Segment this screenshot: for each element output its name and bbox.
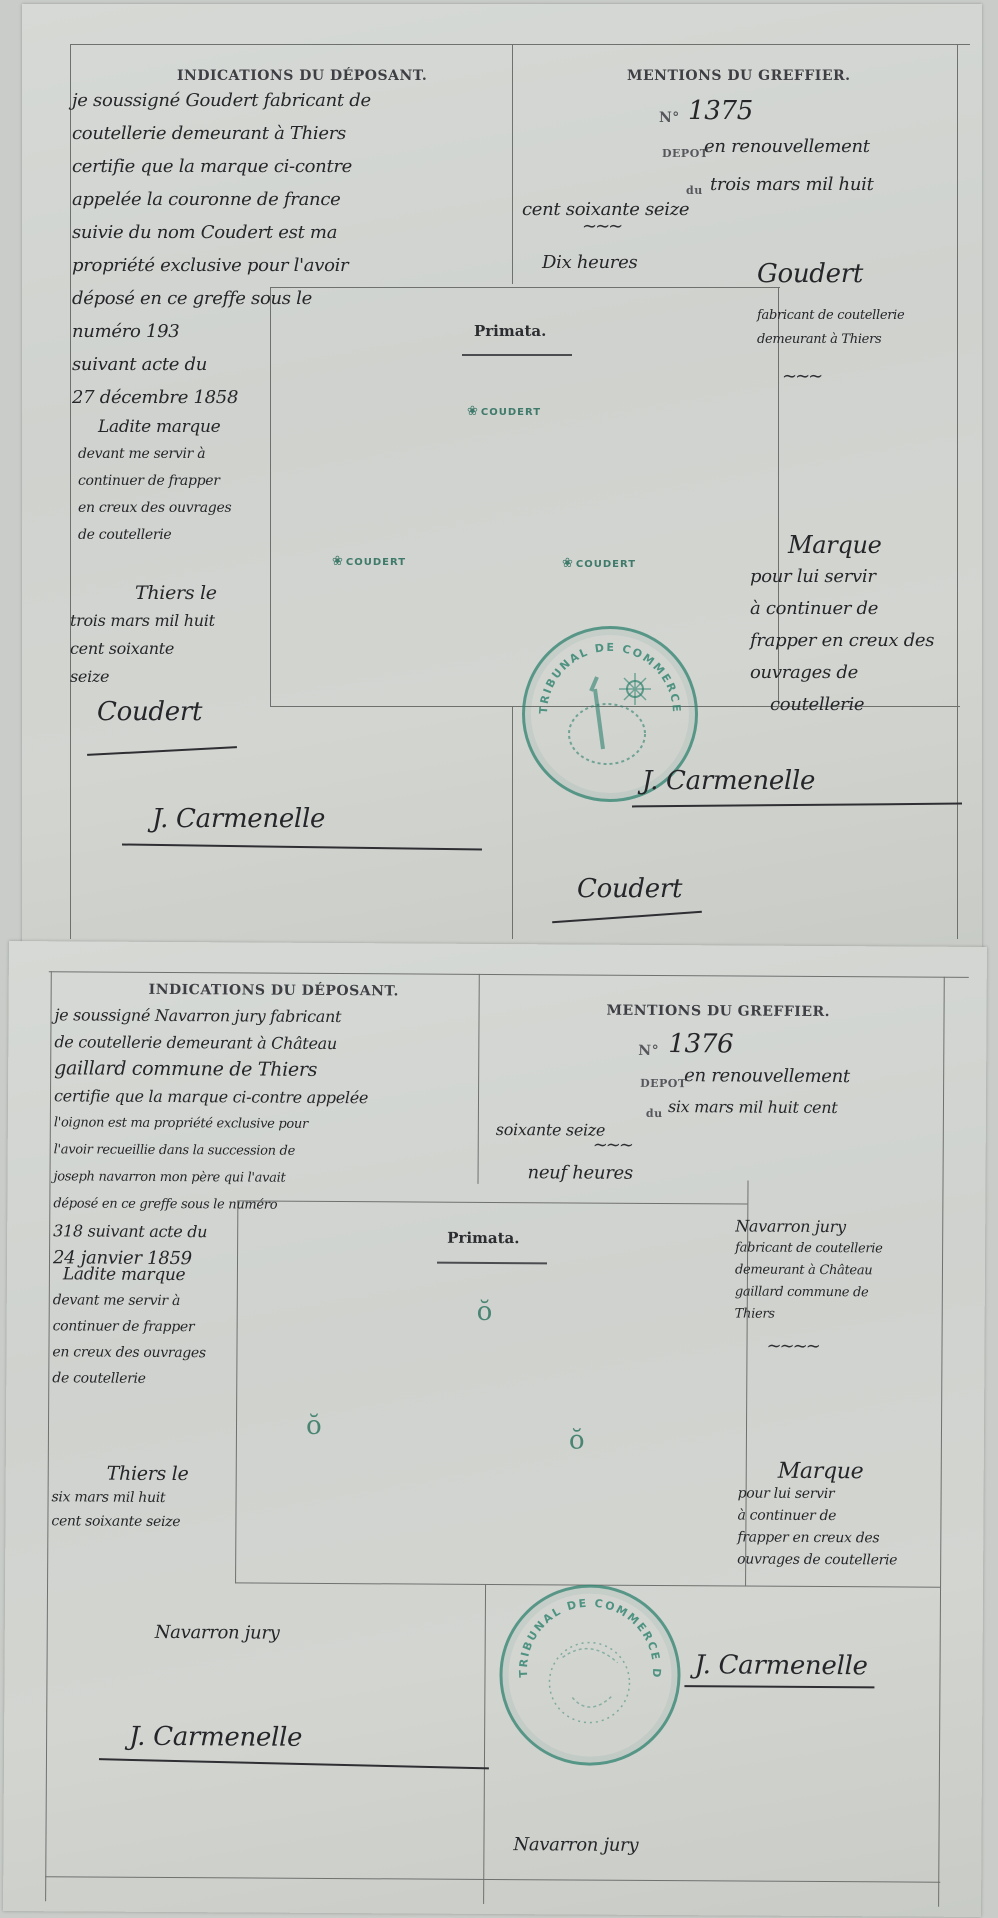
usage-line: Ladite marque [78,414,231,441]
declaration-line: appelée la couronne de france [72,183,371,216]
depositor-signature-right: Coudert [577,874,682,904]
clerk-signature-left: J. Carmenelle [152,804,325,834]
note-line: ouvrages de coutellerie [737,1548,897,1571]
declaration-line: joseph navarron mon père qui l'avait [53,1163,367,1192]
seal-emblem-icon: TRIBUNAL DE COMMERCE DE THIERS [502,1587,678,1763]
declaration-line: de coutellerie demeurant à Château [54,1028,368,1057]
crown-icon: ❀ [332,554,344,569]
clerk-date-continuation: soixante seize [496,1120,605,1140]
note-line: Marque [750,529,934,561]
declaration-line: 27 décembre 1858 [72,381,371,414]
entry-number: 1376 [668,1029,733,1059]
note-line: à continuer de [737,1504,897,1527]
date-label: du [686,184,703,197]
trademark-stamp: ❀COUDERT [562,556,636,571]
signature-underline [552,911,702,923]
flourish: ∼∼∼ [782,366,821,387]
description-line: demeurant à Château [735,1259,883,1282]
clerk-deposit-type: en renouvellement [684,1065,850,1087]
place-line: Thiers le [70,579,217,607]
signature-underline [632,803,962,807]
right-column-header: MENTIONS DU GREFFIER. [607,1003,831,1020]
depositor-declaration: je soussigné Navarron jury fabricant de … [53,1001,369,1273]
clerk-depositor-name: Goudert [757,259,863,289]
clerk-date-line: six mars mil huit cent [668,1097,838,1117]
trademark-stamp: ❀COUDERT [332,554,406,569]
clerk-depositor-block: Navarron jury fabricant de coutellerie d… [735,1215,883,1326]
onion-mark-icon: ŏ [477,1299,493,1325]
note-line: frapper en creux des [737,1526,897,1549]
signature-underline [99,1758,489,1769]
specimen-label-rule [437,1262,547,1265]
number-label: N° [659,110,680,126]
usage-line: continuer de frapper [78,468,231,495]
svg-text:TRIBUNAL DE COMMERCE DE THIERS: TRIBUNAL DE COMMERCE DE THIERS [502,1587,664,1680]
crown-icon: ❀ [467,404,479,419]
date-line: cent soixante seize [51,1509,188,1534]
clerk-time: neuf heures [528,1162,633,1184]
place-and-date: Thiers le six mars mil huit cent soixant… [51,1461,188,1534]
place-line: Thiers le [52,1461,189,1486]
usage-line: en creux des ouvrages [52,1339,205,1366]
declaration-line: l'oignon est ma propriété exclusive pour [54,1109,368,1138]
declaration-line: numéro 193 [72,315,371,348]
frame-top-rule [70,44,970,45]
signature-underline [122,843,482,850]
signature-underline [684,1685,874,1688]
specimen-label: Primata. [474,322,546,340]
tribunal-seal: TRIBUNAL DE COMMERCE DE THIERS [499,1584,681,1766]
clerk-depositor-description: fabricant de coutellerie demeurant à Thi… [757,304,904,352]
entry-number: 1375 [688,96,753,126]
depositor-signature: Coudert [97,697,202,727]
trademark-stamp: ❀COUDERT [467,404,541,419]
note-line: à continuer de [750,593,934,625]
clerk-mark-note: Marque pour lui servir à continuer de fr… [737,1460,898,1571]
left-column-header: INDICATIONS DU DÉPOSANT. [177,68,427,84]
usage-line: de coutellerie [52,1365,205,1392]
mark-usage-note: Ladite marque devant me servir à continu… [78,414,231,549]
declaration-line: propriété exclusive pour l'avoir [72,249,371,282]
declaration-line: déposé en ce greffe sous le [72,282,371,315]
specimen-label: Primata. [447,1229,519,1247]
flourish: ∼∼∼ [593,1135,632,1156]
column-divider-top [477,974,479,1184]
description-line: fabricant de coutellerie [735,1237,883,1260]
clerk-date-line: trois mars mil huit [710,174,874,195]
description-line: fabricant de coutellerie [757,304,904,328]
frame-left-rule [70,44,71,939]
register-page-entry-1375: INDICATIONS DU DÉPOSANT. MENTIONS DU GRE… [22,4,982,949]
clerk-signature-seal: J. Carmenelle [694,1650,867,1681]
clerk-signature-left: J. Carmenelle [129,1722,302,1753]
svg-text:TRIBUNAL DE COMMERCE DE THIERS: TRIBUNAL DE COMMERCE DE THIERS [525,629,683,714]
number-label: N° [638,1043,659,1059]
note-line: pour lui servir [750,561,934,593]
usage-line: continuer de frapper [53,1313,206,1340]
column-divider-bottom [512,706,513,939]
left-column-header: INDICATIONS DU DÉPOSANT. [149,982,399,1000]
note-line: ouvrages de [750,657,934,689]
onion-mark-icon: ŏ [569,1427,585,1453]
declaration-line: 318 suivant acte du [53,1217,367,1246]
deposit-label: DEPOT [640,1077,687,1090]
declaration-line: l'avoir recueillie dans la succession de [54,1136,368,1165]
date-line: trois mars mil huit [70,607,217,635]
register-page-entry-1376: INDICATIONS DU DÉPOSANT. MENTIONS DU GRE… [3,941,987,1917]
clerk-depositor-name: Navarron jury [735,1215,883,1238]
declaration-line: gaillard commune de Thiers [54,1055,368,1084]
declaration-line: certifie que la marque ci-contre [72,150,371,183]
specimen-label-rule [462,354,572,356]
usage-line: devant me servir à [53,1287,206,1314]
description-line: demeurant à Thiers [757,328,904,352]
depositor-declaration: je soussigné Goudert fabricant de coutel… [72,84,371,414]
note-line: pour lui servir [738,1482,898,1505]
description-line: Thiers [735,1303,883,1326]
signature-underline [87,746,237,755]
note-line: Marque [738,1460,898,1483]
depositor-signature-right: Navarron jury [513,1834,638,1856]
note-line: frapper en creux des [750,625,934,657]
deposit-label: DEPOT [662,147,708,160]
frame-right-rule [938,977,945,1907]
declaration-line: suivant acte du [72,348,371,381]
flourish: ∼∼∼∼ [766,1336,818,1357]
usage-line: de coutellerie [78,522,231,549]
clerk-time: Dix heures [542,252,637,273]
column-divider-top [512,44,513,284]
date-line: cent soixante [70,635,217,663]
usage-line: en creux des ouvrages [78,495,231,522]
crown-icon: ❀ [562,556,574,571]
depositor-signature: Navarron jury [155,1622,280,1644]
declaration-line: déposé en ce greffe sous le numéro [53,1190,367,1219]
declaration-line: coutellerie demeurant à Thiers [72,117,371,150]
date-line: six mars mil huit [52,1485,189,1510]
right-column-header: MENTIONS DU GREFFIER. [627,68,851,84]
date-line: seize [70,663,217,691]
description-line: gaillard commune de [735,1281,883,1304]
flourish: ∼∼∼ [582,216,621,237]
note-line: coutellerie [750,689,934,721]
declaration-line: je soussigné Goudert fabricant de [72,84,371,117]
date-label: du [646,1107,663,1120]
declaration-line: suivie du nom Coudert est ma [72,216,371,249]
place-and-date: Thiers le trois mars mil huit cent soixa… [70,579,217,691]
usage-line: Ladite marque [53,1261,206,1288]
clerk-signature-seal: J. Carmenelle [642,766,815,796]
clerk-deposit-type: en renouvellement [704,136,870,157]
frame-right-rule [957,44,958,939]
frame-top-rule [49,971,969,978]
declaration-line: certifie que la marque ci-contre appelée [54,1082,368,1111]
mark-usage-note: Ladite marque devant me servir à continu… [52,1261,206,1392]
frame-bottom-rule [45,1876,940,1882]
frame-left-rule [45,971,52,1901]
column-divider-bottom [483,1584,486,1904]
onion-mark-icon: ŏ [306,1413,322,1439]
usage-line: devant me servir à [78,441,231,468]
clerk-mark-note: Marque pour lui servir à continuer de fr… [750,529,934,721]
declaration-line: je soussigné Navarron jury fabricant [54,1001,368,1030]
